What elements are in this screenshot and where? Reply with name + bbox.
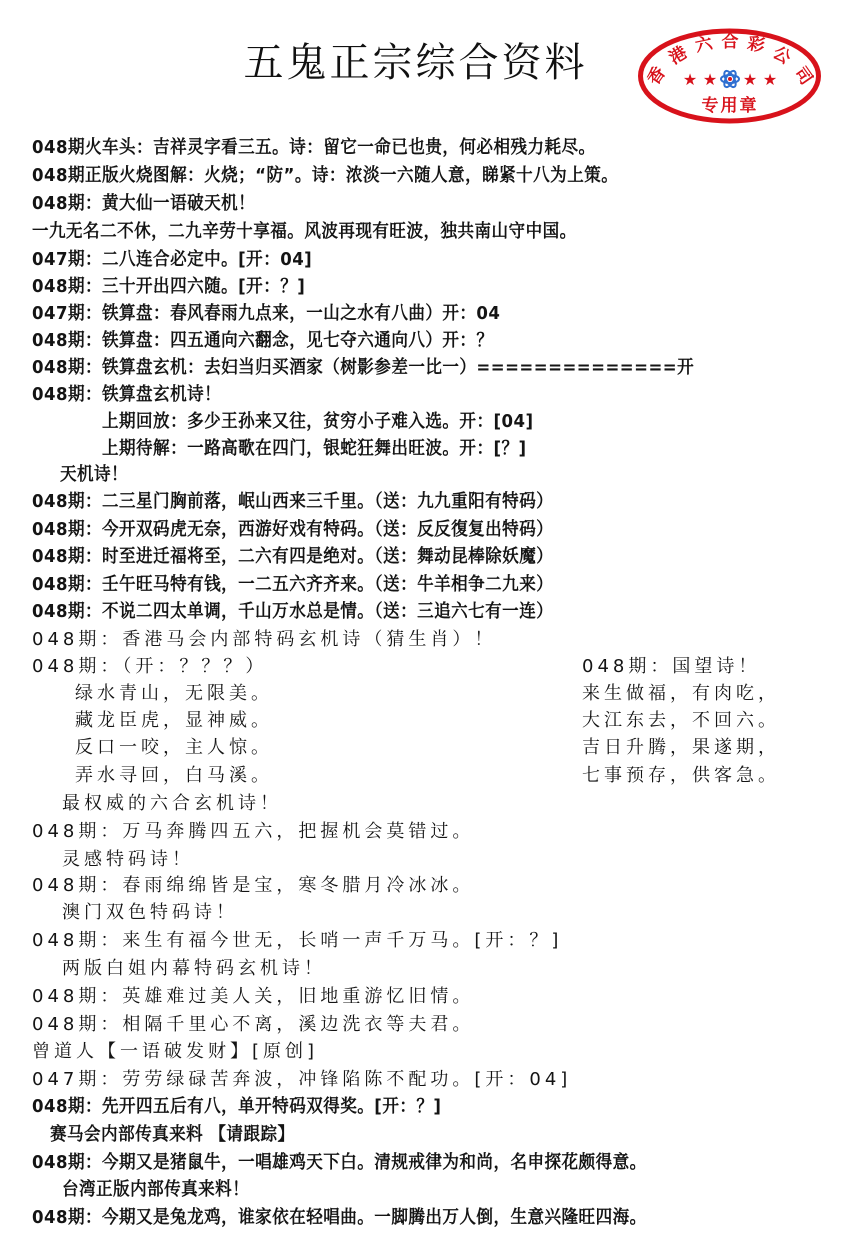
text-line: 048期：春雨绵绵皆是宝，寒冬腊月冷冰冰。 (32, 874, 474, 898)
text-line: 048期：相隔千里心不离，溪边洗衣等夫君。 (32, 1013, 474, 1037)
text-line: 曾道人【一语破发财】[原创] (32, 1040, 318, 1064)
text-line: 048期：先开四五后有八，单开特码双得奖。[开：？] (32, 1095, 441, 1119)
stamp-bottom-text: 专用章 (702, 95, 759, 116)
text-line: 047期：二八连合必定中。[开：04] (32, 248, 312, 272)
text-line: 048期：今期又是兔龙鸡，谁家依在轻唱曲。一脚腾出万人倒，生意兴隆旺四海。 (32, 1206, 647, 1230)
stamp-char: 合 (722, 31, 739, 52)
text-line: 最权威的六合玄机诗！ (62, 792, 282, 816)
text-line: 047期：铁算盘：春风春雨九点来，一山之水有八曲）开：04 (32, 302, 500, 326)
text-line: 047期：劳劳绿碌苦奔波，冲锋陷陈不配功。[开：04] (32, 1068, 571, 1092)
star-icon: ★ (703, 70, 717, 89)
text-line: 048期：铁算盘玄机：去妇当归买酒家（树影参差一比一）=============… (32, 356, 694, 380)
stamp-char: 港 (666, 43, 691, 69)
text-line: 澳门双色特码诗！ (62, 901, 238, 925)
company-seal-stamp: 香 港 六 合 彩 公 司 ★ ★ ★ ★ 专用章 (637, 27, 822, 125)
text-line: 反口一咬，主人惊。 (75, 736, 273, 760)
text-line: 上期回放：多少王孙来又往，贫穷小子难入选。开：[04] (102, 410, 533, 434)
text-line: 藏龙臣虎，显神威。 (75, 709, 273, 733)
side-poem-line: 来生做福，有肉吃， (582, 682, 780, 706)
text-line: 048期：（开：？？？） (32, 655, 267, 679)
text-line: 048期：时至进迁福将至，二六有四是绝对。（送：舞动昆棒除妖魔） (32, 545, 553, 569)
text-line: 048期：来生有福今世无，长哨一声千万马。[开：？] (32, 929, 562, 953)
text-line: 048期：二三星门胸前落，岷山西来三千里。（送：九九重阳有特码） (32, 490, 553, 514)
text-line: 048期：铁算盘：四五通向六翻念，见七夺六通向八）开：？ (32, 329, 493, 353)
stamp-char: 六 (694, 33, 716, 56)
stamp-char: 彩 (746, 34, 767, 57)
text-line: 台湾正版内部传真来料！ (62, 1178, 249, 1202)
text-line: 048期：英雄难过美人关，旧地重游忆旧情。 (32, 985, 474, 1009)
star-icon: ★ (763, 70, 777, 89)
text-line: 048期：不说二四太单调，千山万水总是情。（送：三追六七有一连） (32, 600, 553, 624)
stamp-char: 司 (790, 63, 816, 88)
text-line: 两版白姐内幕特码玄机诗！ (62, 957, 326, 981)
text-line: 048期：今期又是猪鼠牛，一唱雄鸡天下白。清规戒律为和尚，名申探花颇得意。 (32, 1151, 647, 1175)
text-line: 绿水青山，无限美。 (75, 682, 273, 706)
text-line: 048期火车头：吉祥灵字看三五。诗：留它一命已也贵，何必相残力耗尽。 (32, 136, 596, 160)
stamp-char: 公 (769, 43, 794, 69)
text-line: 上期待解：一路高歌在四门，银蛇狂舞出旺波。开：[？] (102, 437, 527, 461)
text-line: 天机诗！ (60, 463, 128, 487)
text-line: 048期：今开双码虎无奈，西游好戏有特码。（送：反反復复出特码） (32, 518, 553, 542)
stamp-char: 香 (643, 63, 670, 89)
side-poem-line: 吉日升腾，果遂期， (582, 736, 780, 760)
text-line: 048期：万马奔腾四五六，把握机会莫错过。 (32, 820, 474, 844)
text-line: 048期：三十开出四六随。[开：？] (32, 275, 305, 299)
text-line: 048期：黄大仙一语破天机！ (32, 192, 255, 216)
text-line: 弄水寻回，白马溪。 (75, 764, 273, 788)
side-poem-line: 大江东去，不回六。 (582, 709, 780, 733)
text-line: 灵感特码诗！ (62, 848, 194, 872)
text-line: 048期：壬午旺马特有钱，一二五六齐齐来。（送：牛羊相争二九来） (32, 573, 553, 597)
star-icon: ★ (683, 70, 697, 89)
side-poem-line: 七事预存，供客急。 (582, 764, 780, 788)
text-line: 048期：铁算盘玄机诗！ (32, 383, 221, 407)
text-line: 048期：香港马会内部特码玄机诗（猜生肖）！ (32, 628, 496, 652)
text-line: 赛马会内部传真来料 【请跟踪】 (50, 1123, 295, 1147)
star-icon: ★ (743, 70, 757, 89)
side-poem-header: 048期：国望诗！ (582, 655, 760, 679)
text-line: 一九无名二不休，二九辛劳十享福。风波再现有旺波，独共南山守中国。 (32, 220, 577, 244)
atom-flower-icon (721, 69, 739, 89)
text-line: 048期正版火烧图解：火烧；“防”。诗：浓淡一六随人意，睇紧十八为上策。 (32, 164, 618, 188)
